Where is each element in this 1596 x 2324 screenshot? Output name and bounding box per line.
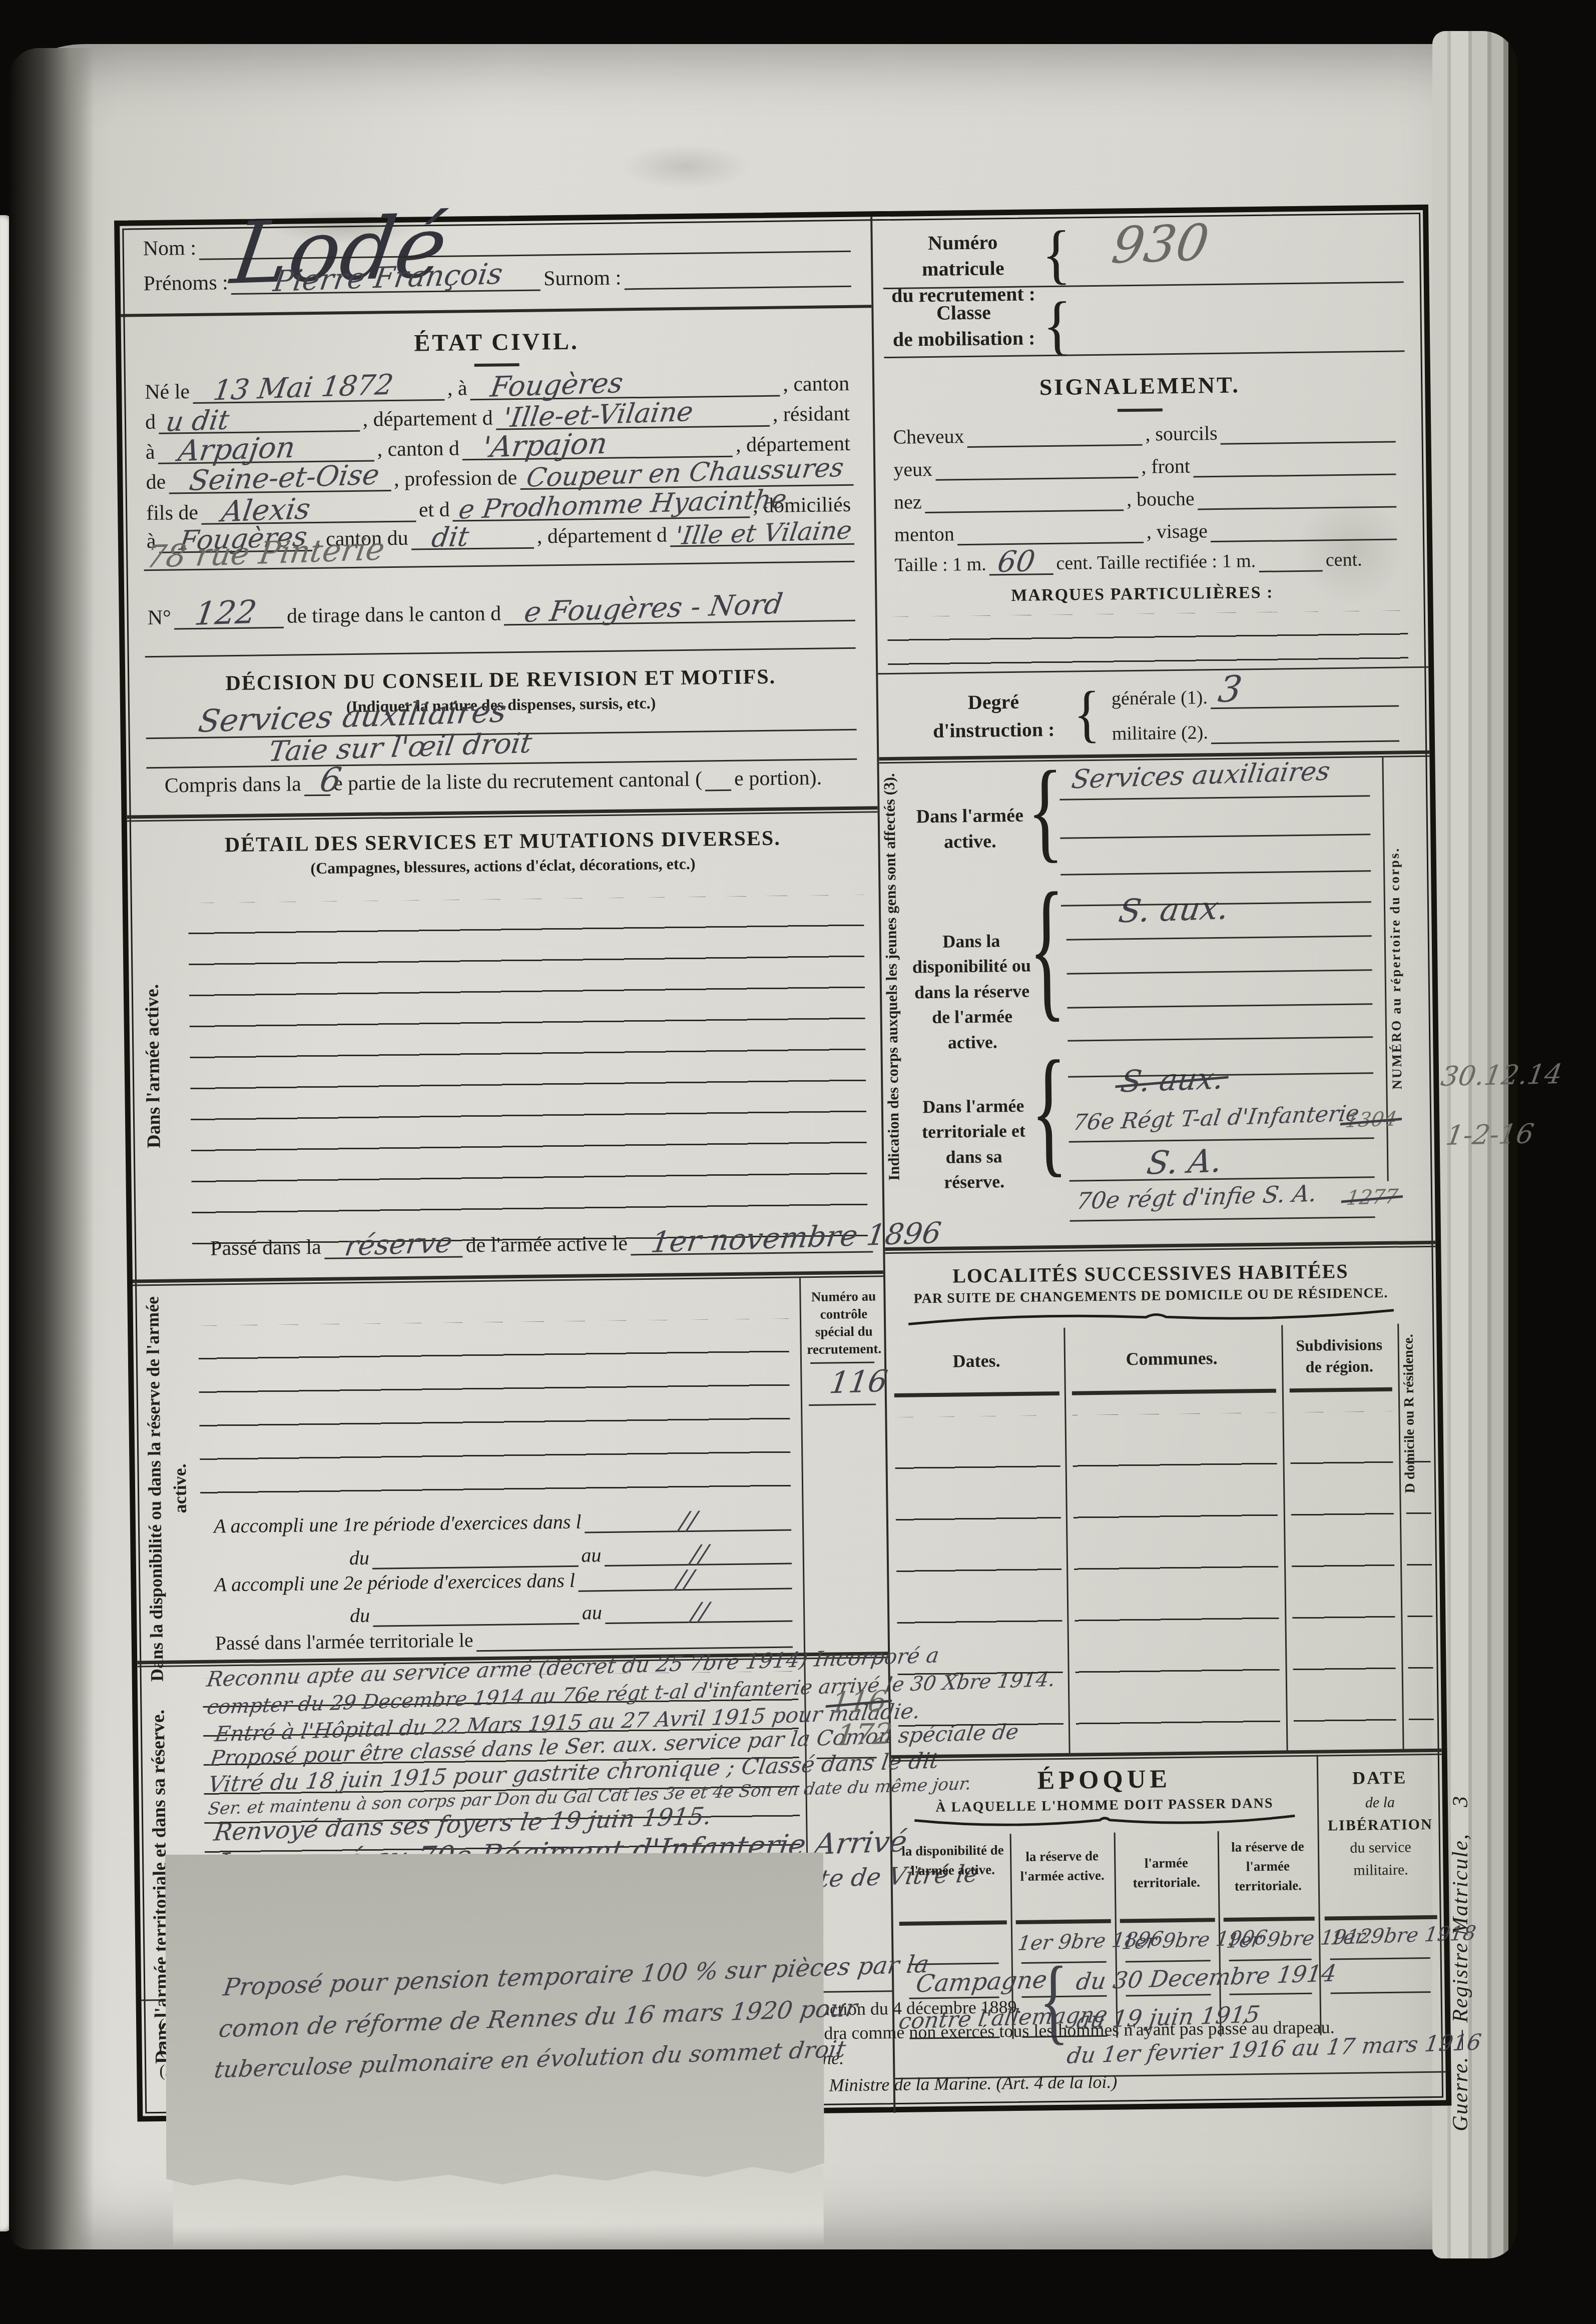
ruled-lines: [1072, 1413, 1280, 1726]
degre-militaire-row: militaire (2).: [1109, 720, 1399, 745]
sig-label: yeux: [890, 458, 935, 481]
etat-blank: 'Ille et Vilaine: [670, 541, 854, 547]
etat-label: , profession de: [391, 466, 520, 491]
sig-blank: [1221, 439, 1396, 445]
compris-label: Compris dans la: [162, 772, 305, 798]
localites-col2-header: Communes.: [1072, 1347, 1272, 1370]
localites-col3-header: Subdivisions de région.: [1286, 1334, 1392, 1378]
localites-title: LOCALITÉS SUCCESSIVES HABITÉES: [885, 1258, 1416, 1288]
epoque-bottom-rule: [895, 2071, 1446, 2079]
passe-blank: réserve: [324, 1254, 463, 1259]
au-blank: //: [605, 1560, 792, 1567]
matricule-brace: {: [1041, 216, 1071, 292]
ruled-line: [1067, 1003, 1372, 1008]
date-header-line1: DATE: [1321, 1764, 1439, 1792]
au-blank2: //: [605, 1618, 792, 1624]
etat-label: , résidant: [770, 402, 853, 427]
corps-terr-value-1: S. aux.: [1119, 1061, 1226, 1100]
localites-col1-header: Dates.: [901, 1349, 1051, 1372]
degre-generale-blank: 3: [1211, 702, 1399, 709]
corps-side-label: Indication des corps auxquels les jeunes…: [880, 767, 914, 1188]
degre-brace: {: [1073, 677, 1101, 750]
etat-civil-title: ÉTAT CIVIL.: [121, 324, 872, 360]
passe-value: réserve: [342, 1227, 454, 1263]
section-double-rule: [891, 1749, 1442, 1762]
etat-value: 13 Mai 1872: [211, 369, 395, 407]
au-label: au: [578, 1543, 605, 1567]
passe-label: Passé dans la: [207, 1235, 324, 1261]
date-header-line2: de la: [1321, 1791, 1439, 1815]
thin-rule: [878, 666, 1428, 674]
title-rule: [474, 363, 519, 367]
ruled-lines: [1405, 1411, 1434, 1722]
ruled-line: [1068, 1036, 1373, 1041]
compris-label2: e partie de la liste du recrutement cant…: [330, 767, 706, 796]
periode2-mark: //: [675, 1565, 696, 1595]
etat-label: d: [142, 410, 159, 435]
paper-stain: [621, 144, 751, 189]
sig-row-4: menton , visage: [891, 517, 1397, 546]
campagne-word: Campagne: [914, 1966, 1049, 1998]
epoque-title: ÉPOQUE: [891, 1763, 1317, 1797]
degre-militaire-blank: [1211, 737, 1399, 744]
sig-row-3: nez , bouche: [891, 485, 1396, 514]
campagne-dates-1: du 30 Decembre 1914: [1075, 1959, 1338, 1995]
compris-blank: 6: [304, 792, 330, 797]
tirage-label: N°: [144, 605, 174, 630]
prenoms-label: Prénoms :: [140, 271, 231, 296]
ruled-line: [1067, 935, 1372, 940]
corps-terr-number-4: 1277: [1345, 1185, 1399, 1209]
sig-blank: [1193, 471, 1396, 478]
etat-label: , département d: [534, 523, 671, 549]
degre-militaire-label: militaire (2).: [1109, 722, 1212, 745]
sig-blank: [1211, 536, 1397, 543]
ruled-line: [1070, 1216, 1375, 1221]
ruled-line: [1126, 1994, 1211, 1996]
tirage-label2: de tirage dans le canton d: [284, 601, 504, 628]
sig-blank: [1198, 504, 1397, 510]
du-blank: [372, 1563, 579, 1570]
date-header-line4: du service: [1322, 1836, 1440, 1860]
address-handwritten: 78 rue Pinterie: [144, 531, 387, 574]
marques-title: MARQUES PARTICULIÈRES :: [877, 581, 1407, 607]
degre-label: Degré d'instruction :: [918, 687, 1069, 745]
terr-number-struck: 116: [829, 1684, 889, 1720]
sig-label: , bouche: [1124, 487, 1198, 511]
ruled-line: [1060, 834, 1370, 839]
corps-active-value: Services auxiliaires: [1070, 756, 1332, 795]
ruled-line: [1126, 1960, 1211, 1962]
imprint-page-number: 3: [1448, 1795, 1472, 1807]
localites-header-rule: [1072, 1389, 1276, 1395]
ruled-line: [1331, 1991, 1431, 1994]
etat-label: de: [143, 470, 169, 495]
sig-label: , sourcils: [1142, 422, 1221, 446]
ruled-line: [1330, 1957, 1430, 1960]
book-gutter-shadow: [9, 48, 94, 2249]
degre-generale-value: 3: [1216, 668, 1245, 710]
etat-value: Seine-et-Oise: [187, 459, 381, 497]
passe-label2: de l'armée active le: [462, 1231, 631, 1257]
epoque-value-liberation: 1er 9bre 1918: [1329, 1922, 1477, 1950]
ruled-line: [910, 2036, 1000, 2039]
taille-label2: cent. Taille rectifiée : 1 m.: [1053, 550, 1259, 575]
etat-value: 'Ille et Vilaine: [673, 516, 854, 550]
terr-number: 172: [834, 1717, 895, 1753]
degre-label-line1: Degré: [918, 687, 1069, 717]
passe-blank2: 1er novembre 1896: [631, 1249, 873, 1256]
ruled-lines: [887, 610, 1408, 667]
epoque-header-rule: [899, 1920, 1007, 1926]
nom-blank: [199, 248, 851, 260]
corps-terr-value-2: 76e Régt T-al d'Infanterie: [1072, 1101, 1361, 1136]
corps-active-label: Dans l'armée active.: [914, 803, 1025, 856]
corps-terr-number-2: 1304: [1344, 1107, 1399, 1132]
section-double-rule: [127, 806, 878, 822]
corps-terr-brace: {: [1030, 1029, 1068, 1193]
sig-label: menton: [891, 522, 958, 546]
corps-dispo-label: Dans la disponibilité ou dans la réserve…: [911, 928, 1033, 1056]
etat-blank: 13 Mai 1872: [193, 397, 444, 404]
periode1-label: A accompli une 1re période d'exercices d…: [211, 1510, 585, 1538]
etat-label: , département d: [359, 406, 496, 432]
active-army-side-label: Dans l'armée active.: [140, 881, 172, 1252]
degre-generale-row: générale (1). 3: [1109, 685, 1399, 710]
epoque-header-rule: [1224, 1917, 1315, 1922]
taille-label3: cent.: [1323, 549, 1365, 571]
prenoms-blank: Pierre François: [231, 287, 541, 295]
compris-label3: e portion).: [731, 766, 825, 792]
surnom-label: Surnom :: [541, 266, 625, 291]
periode2-blank: //: [578, 1585, 792, 1592]
tirage-blank2: e Fougères - Nord: [504, 617, 855, 626]
taille-label: Taille : 1 m.: [891, 554, 989, 577]
localites-header-rule: [894, 1391, 1059, 1397]
ruled-lines: [198, 1319, 791, 1494]
ruled-line: [1067, 969, 1372, 974]
campagne-brace: {: [1038, 1945, 1069, 2055]
classe-brace: {: [1042, 287, 1072, 363]
etat-label: Né le: [142, 380, 193, 405]
sig-label: , visage: [1143, 519, 1211, 543]
decision-title: DÉCISION DU CONSEIL DE REVISION ET MOTIF…: [125, 663, 876, 696]
ruled-line: [1069, 1137, 1374, 1142]
sig-label: Cheveux: [890, 425, 967, 449]
sig-blank: [935, 474, 1138, 481]
tirage-row: N° 122 de tirage dans le canton d e Foug…: [144, 597, 855, 630]
surnom-blank: [624, 283, 851, 290]
ruled-line: [1230, 1993, 1312, 1995]
du-blank2: [373, 1621, 579, 1627]
periode1-blank: //: [585, 1526, 791, 1533]
sig-blank: [925, 507, 1124, 513]
compris-row: Compris dans la 6 e partie de la liste d…: [162, 765, 847, 798]
periode2-mark2: //: [690, 1597, 711, 1627]
taille-blank2: [1259, 567, 1323, 572]
degre-generale-label: générale (1).: [1109, 687, 1211, 710]
taille-blank: 60: [989, 571, 1053, 576]
sig-row-2: yeux , front: [890, 452, 1396, 481]
tirage-canton: e Fougères - Nord: [522, 588, 785, 629]
etat-value: 'Arpajon: [480, 426, 610, 464]
date-header-line5: militaire.: [1322, 1858, 1440, 1882]
matricule-label: Numéro matricule du recrutement :: [887, 229, 1038, 309]
epoque-col4-header: la réserve de l'armée territoriale.: [1223, 1837, 1313, 1897]
etat-blank: dit: [411, 545, 534, 550]
imprint-text: Guerre. — Registre Matricule,: [1448, 1833, 1472, 2131]
sig-label: nez: [891, 490, 925, 514]
etat-value: dit: [429, 521, 471, 554]
etat-label: , à: [444, 376, 470, 401]
sig-row-1: Cheveux , sourcils: [890, 420, 1395, 449]
sig-label: , front: [1138, 455, 1193, 478]
du-label2: du: [347, 1604, 373, 1628]
section-double-rule: [885, 1241, 1435, 1254]
corps-terr-value-4: 70e régt d'infie S. A.: [1075, 1180, 1318, 1215]
ruled-line: [145, 647, 856, 657]
ruled-line: [1059, 795, 1370, 801]
sig-blank: [957, 539, 1144, 546]
localites-col3-line2: de région.: [1287, 1355, 1392, 1378]
matricule-value: 930: [1109, 213, 1213, 275]
periode1-dates-row: du au //: [346, 1541, 791, 1570]
matricule-label-line1: Numéro matricule: [887, 229, 1038, 283]
etat-label: à: [142, 440, 158, 465]
degre-label-line2: d'instruction :: [918, 715, 1069, 745]
tirage-blank: 122: [174, 624, 284, 630]
section-rule: [121, 305, 871, 317]
controle-header: Numéro au contrôle spécial du recrutemen…: [803, 1287, 884, 1358]
section-double-rule: [133, 1270, 883, 1286]
etat-label: , canton: [780, 372, 853, 397]
ruled-lines: [1290, 1411, 1396, 1723]
corps-terr-value-3: S. A.: [1145, 1143, 1225, 1182]
localites-col-divider: [1281, 1325, 1288, 1753]
epoque-header-rule: [1016, 1919, 1111, 1924]
corps-terr-label: Dans l'armée territoriale et dans sa rés…: [913, 1093, 1034, 1195]
au-label2: au: [579, 1601, 606, 1625]
ruled-line: [810, 1361, 874, 1364]
epoque-header-rule: [1325, 1915, 1437, 1921]
campagne-dates-2: au 19 juin 1915: [1075, 2000, 1262, 2033]
corps-active-brace: {: [1026, 746, 1064, 876]
controle-number: 116: [827, 1364, 890, 1401]
dispo-side-label: Dans la disponibilité ou dans la réserve…: [140, 1296, 198, 1682]
periode1-row: A accompli une 1re période d'exercices d…: [211, 1508, 791, 1538]
tirage-number: 122: [192, 594, 259, 633]
localites-swash: [906, 1306, 1396, 1327]
localites-col-divider: [1063, 1328, 1070, 1756]
sig-blank: [967, 442, 1143, 448]
scanned-register-page: 30.12.14 1-2-16 Guerre. — Registre Matri…: [0, 0, 1596, 2324]
classe-label-line1: Classe: [888, 299, 1039, 327]
etat-blank: 78 rue Pinterie: [144, 558, 855, 571]
classe-label-line2: de mobilisation :: [889, 325, 1039, 353]
etat-label: , canton d: [374, 436, 462, 461]
epoque-swash: [912, 1813, 1297, 1830]
periode2-dates-row: du au //: [347, 1599, 792, 1627]
signalement-title: SIGNALEMENT.: [874, 369, 1405, 402]
localites-col3-line1: Subdivisions: [1286, 1334, 1392, 1357]
epoque-col1-header: la disponibilité de l'armée active.: [901, 1840, 1004, 1881]
prenoms-handwritten: Pierre François: [271, 257, 505, 298]
date-header-line3: LIBÉRATION: [1321, 1813, 1439, 1837]
corps-dispo-brace: {: [1028, 858, 1066, 1039]
margin-date: 1-2-16: [1444, 1118, 1536, 1151]
etat-line-1: Né le 13 Mai 1872 , à Fougères , canton: [142, 372, 852, 405]
ruled-line: [809, 1403, 876, 1406]
margin-date: 30.12.14: [1439, 1058, 1564, 1092]
title-rule: [1118, 408, 1163, 412]
passe-terr-label: Passé dans l'armée territoriale le: [212, 1629, 476, 1655]
ruled-lines: [894, 1415, 1063, 1728]
form-frame: Lodé Nom : Prénoms : Pierre François Sur…: [114, 205, 1451, 2122]
campagne-dates-3: du 1er fevrier 1916 au 17 mars 1916: [1065, 2029, 1483, 2068]
taille-value: 60: [995, 544, 1037, 579]
periode1-mark: //: [678, 1506, 699, 1536]
classe-label: Classe de mobilisation :: [888, 299, 1039, 353]
corps-dispo-value: S. aux.: [1117, 890, 1231, 930]
etat-line-7: 78 rue Pinterie: [144, 558, 855, 571]
epoque-col3-header: l'armée territoriale.: [1119, 1853, 1214, 1893]
etat-label: et d: [415, 498, 452, 522]
right-column: Numéro matricule du recrutement : { 930 …: [872, 210, 1446, 2113]
taille-row: Taille : 1 m. 60 cent. Taille rectifiée …: [891, 549, 1397, 577]
localites-header-rule: [1290, 1387, 1392, 1393]
nom-label: Nom :: [140, 236, 199, 261]
ruled-line: [1070, 1176, 1375, 1181]
ruled-lines: [188, 895, 868, 1246]
compris-blank2: [705, 787, 731, 792]
epoque-date-header: DATE de la LIBÉRATION du service militai…: [1321, 1764, 1440, 1882]
periode2-label: A accompli une 2e période d'exercices da…: [211, 1569, 578, 1597]
epoque-header-rule: [1120, 1918, 1215, 1923]
periode2-row: A accompli une 2e période d'exercices da…: [211, 1566, 792, 1596]
epoque-col2-header: la réserve de l'armée active.: [1015, 1846, 1110, 1887]
du-label: du: [346, 1546, 372, 1570]
localites-subtitle: PAR SUITE DE CHANGEMENTS DE DOMICILE OU …: [885, 1285, 1416, 1307]
ruled-line: [1060, 870, 1371, 876]
etat-label: fils de: [143, 501, 201, 526]
